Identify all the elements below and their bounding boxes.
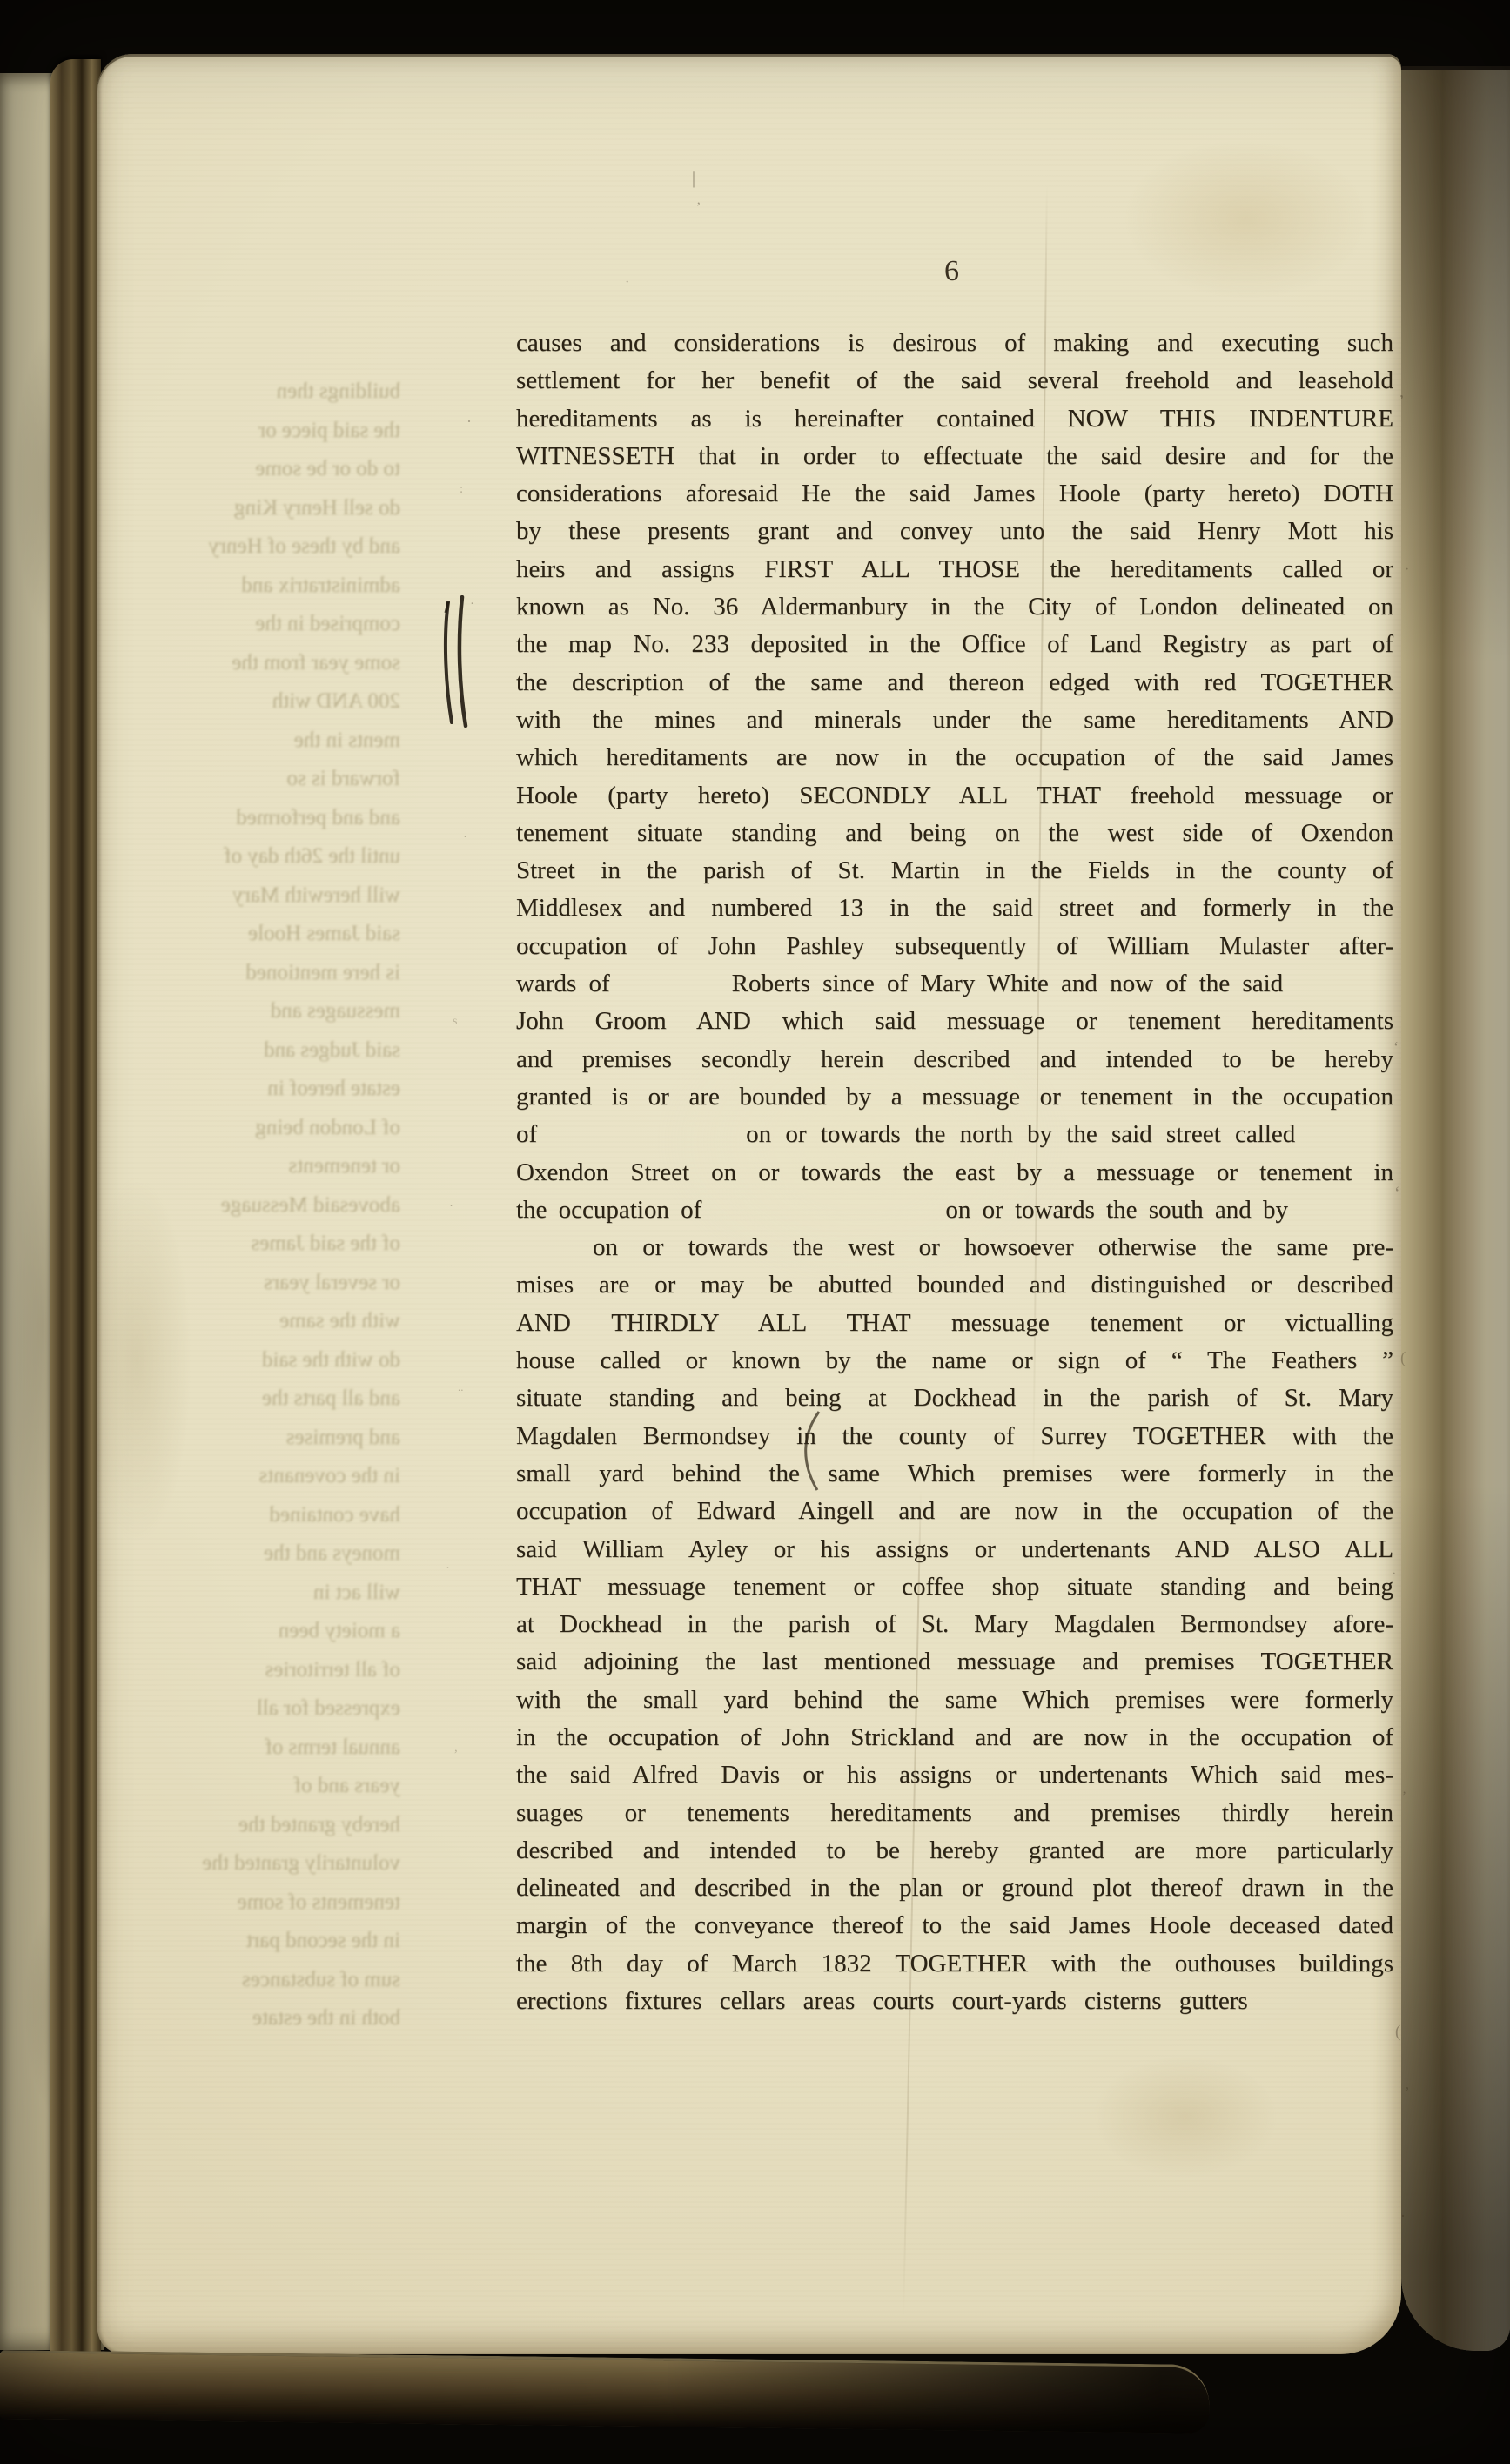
margin-pen-mark-icon (440, 595, 475, 731)
text-segment: occupation of Edward Aingell and are now… (516, 1497, 1393, 1525)
ghost-line: of the said James (178, 1225, 400, 1264)
text-segment: in the occupation of John Strickland and… (516, 1723, 1393, 1751)
text-line: hereditaments as is hereinafter containe… (516, 400, 1393, 438)
text-line: Hoole (party hereto) SECONDLY ALL THAT f… (516, 777, 1393, 815)
text-segment: described and intended to be hereby gran… (516, 1836, 1393, 1864)
ghost-line: years and of (178, 1767, 400, 1806)
ghost-line: and premises (178, 1419, 400, 1458)
text-line: considerations aforesaid He the said Jam… (516, 475, 1393, 513)
ink-speck: · (463, 830, 467, 845)
text-line: delineated and described in the plan or … (516, 1870, 1393, 1907)
ink-speck: ’ (1402, 1789, 1406, 1804)
ghost-line: the said piece or (178, 412, 400, 451)
ghost-line: messuages and (178, 992, 400, 1031)
ghost-line: both in the estate (178, 1999, 400, 2038)
text-line: said adjoining the last mentioned messua… (516, 1643, 1393, 1681)
text-line: the map No. 233 deposited in the Office … (516, 626, 1393, 663)
show-through-ghost-text: buildings thenthe said piece orto do or … (178, 373, 400, 2038)
ghost-line: and all parts the (178, 1380, 400, 1419)
text-segment: and premises secondly herein described a… (516, 1045, 1393, 1073)
text-segment: said adjoining the last mentioned messua… (516, 1648, 1393, 1675)
text-segment: with the small yard behind the same Whic… (516, 1686, 1393, 1714)
text-segment: the description of the same and thereon … (516, 668, 1393, 696)
ghost-line: do with the said (178, 1341, 400, 1380)
ghost-line: in the covenants (178, 1457, 400, 1496)
text-line: and premises secondly herein described a… (516, 1041, 1393, 1078)
text-line: suages or tenements hereditaments and pr… (516, 1795, 1393, 1832)
ghost-line: to do or be some (178, 450, 400, 489)
text-line: heirs and assigns FIRST ALL THOSE the he… (516, 551, 1393, 588)
text-line: situate standing and being at Dockhead i… (516, 1380, 1393, 1417)
text-segment: on or towards the north by the said stre… (746, 1120, 1295, 1148)
ghost-line: with the same (178, 1302, 400, 1341)
ghost-line: sum of substances (178, 1961, 400, 2000)
text-segment: with the mines and minerals under the sa… (516, 706, 1393, 734)
text-line: small yard behind the same Which premise… (516, 1455, 1393, 1493)
ink-speck: | (692, 169, 695, 189)
page-stack-edge (50, 59, 101, 2367)
text-segment: WITNESSETH that in order to effectuate t… (516, 442, 1393, 470)
text-segment: settlement for her benefit of the said s… (516, 366, 1393, 394)
text-line: erections fixtures cellars areas courts … (516, 1983, 1393, 2020)
text-segment: house called or known by the name or sig… (516, 1346, 1393, 1374)
text-segment: small yard behind the same Which premise… (516, 1460, 1393, 1487)
ghost-line: administratrix and (178, 567, 400, 606)
text-line: in the occupation of John Strickland and… (516, 1719, 1393, 1756)
text-segment: on or towards the south and by (945, 1196, 1288, 1224)
ink-speck: · (449, 1199, 453, 1214)
ghost-line: of London being (178, 1109, 400, 1148)
text-line: WITNESSETH that in order to effectuate t… (516, 438, 1393, 475)
text-line: THAT messuage tenement or coffee shop si… (516, 1568, 1393, 1606)
text-segment: Magdalen Bermondsey in the county of Sur… (516, 1422, 1393, 1450)
text-line: occupation of Edward Aingell and are now… (516, 1493, 1393, 1530)
ink-speck: s (453, 1015, 457, 1029)
ink-speck: ( (1395, 2023, 1400, 2042)
text-line: mises are or may be abutted bounded and … (516, 1266, 1393, 1304)
ghost-line: have contained (178, 1496, 400, 1535)
ink-speck: · (625, 275, 629, 291)
ghost-line: comprised in the (178, 605, 400, 644)
text-segment: heirs and assigns FIRST ALL THOSE the he… (516, 555, 1393, 583)
text-segment: situate standing and being at Dockhead i… (516, 1384, 1393, 1412)
ghost-line: expressed for all (178, 1689, 400, 1729)
text-segment: the occupation of (516, 1196, 701, 1224)
text-line: which hereditaments are now in the occup… (516, 739, 1393, 776)
text-line: described and intended to be hereby gran… (516, 1832, 1393, 1870)
ink-speck: · (1392, 1567, 1396, 1582)
ink-speck: ‘ (1393, 1038, 1399, 1057)
ghost-line: 200 AND with (178, 682, 400, 722)
text-segment: THAT messuage tenement or coffee shop si… (516, 1573, 1393, 1601)
ink-speck: , (454, 1741, 458, 1756)
text-segment: Hoole (party hereto) SECONDLY ALL THAT f… (516, 782, 1393, 809)
text-segment: occupation of John Pashley subsequently … (516, 932, 1393, 960)
text-line: the occupation ofon or towards the south… (516, 1192, 1393, 1229)
text-line: with the small yard behind the same Whic… (516, 1682, 1393, 1719)
ink-speck: ’ (696, 200, 701, 216)
ghost-line: annual terms of (178, 1729, 400, 1768)
text-segment: on or towards the west or howsoever othe… (593, 1233, 1393, 1261)
gutter-next-page (1401, 66, 1510, 2351)
text-line: said William Ayley or his assigns or und… (516, 1531, 1393, 1568)
ink-speck: : (460, 482, 463, 497)
text-line: known as No. 36 Aldermanbury in the City… (516, 588, 1393, 626)
text-segment: the 8th day of March 1832 TOGETHER with … (516, 1950, 1393, 1977)
blank-gap (701, 1214, 945, 1218)
text-segment: by these presents grant and convey unto … (516, 517, 1393, 545)
ghost-line: in the second part (178, 1922, 400, 1961)
ghost-line: abovesaid Messuage (178, 1186, 400, 1225)
text-line: wards ofRoberts since of Mary White and … (516, 965, 1393, 1003)
text-segment: the said Alfred Davis or his assigns or … (516, 1761, 1393, 1789)
ink-speck: · (466, 413, 472, 431)
ghost-line: said Judges and (178, 1031, 400, 1071)
ghost-line: or several years (178, 1264, 400, 1303)
text-segment: hereditaments as is hereinafter containe… (516, 405, 1393, 433)
text-segment: delineated and described in the plan or … (516, 1874, 1393, 1902)
text-line: John Groom AND which said messuage or te… (516, 1003, 1393, 1040)
ink-speck: · (1405, 562, 1409, 578)
text-segment: which hereditaments are now in the occup… (516, 743, 1393, 771)
text-line: settlement for her benefit of the said s… (516, 362, 1393, 399)
ink-speck: ‘ (1394, 1184, 1400, 1204)
ghost-line: estate hereof in (178, 1070, 400, 1109)
text-line: the 8th day of March 1832 TOGETHER with … (516, 1945, 1393, 1983)
text-line: ofon or towards the north by the said st… (516, 1116, 1393, 1153)
text-line: occupation of John Pashley subsequently … (516, 928, 1393, 965)
text-line: Middlesex and numbered 13 in the said st… (516, 890, 1393, 927)
text-line: causes and considerations is desirous of… (516, 325, 1393, 362)
text-segment: wards of (516, 970, 610, 997)
ghost-line: and by these of Henry (178, 527, 400, 567)
text-segment: erections fixtures cellars areas courts … (516, 1987, 1248, 2015)
ghost-line: hereby granted the (178, 1806, 400, 1845)
text-segment: mises are or may be abutted bounded and … (516, 1271, 1393, 1299)
ghost-line: moneys and the (178, 1534, 400, 1574)
ghost-line: is here mentioned (178, 954, 400, 993)
text-segment: Oxendon Street on or towards the east by… (516, 1158, 1393, 1186)
text-segment: Middlesex and numbered 13 in the said st… (516, 894, 1393, 922)
text-segment: at Dockhead in the parish of St. Mary Ma… (516, 1610, 1393, 1638)
ghost-line: of all territories (178, 1651, 400, 1690)
text-line: house called or known by the name or sig… (516, 1342, 1393, 1380)
text-line: margin of the conveyance thereof to the … (516, 1907, 1393, 1944)
text-line: on or towards the west or howsoever othe… (516, 1229, 1393, 1266)
blank-gap (537, 1138, 746, 1142)
text-segment: suages or tenements hereditaments and pr… (516, 1799, 1393, 1827)
text-line: granted is or are bounded by a messuage … (516, 1078, 1393, 1116)
ink-speck: .. (458, 1380, 464, 1394)
text-line: at Dockhead in the parish of St. Mary Ma… (516, 1606, 1393, 1643)
text-line: the description of the same and thereon … (516, 664, 1393, 702)
ghost-line: or tenements (178, 1147, 400, 1186)
paper-fold-mark-icon (795, 1410, 823, 1492)
ghost-line: until the 26th day of (178, 837, 400, 876)
ghost-line: do sell Henry King (178, 489, 400, 528)
text-segment: said William Ayley or his assigns or und… (516, 1535, 1393, 1563)
text-line: Magdalen Bermondsey in the county of Sur… (516, 1418, 1393, 1455)
text-segment: AND THIRDLY ALL THAT messuage tenement o… (516, 1309, 1393, 1337)
ghost-line: and and performed (178, 799, 400, 838)
ink-speck: ’ (1405, 2084, 1410, 2101)
book-bottom-edge (0, 2350, 1210, 2434)
ghost-line: will act in (178, 1574, 400, 1613)
text-line: Street in the parish of St. Martin in th… (516, 852, 1393, 890)
text-line: tenement situate standing and being on t… (516, 815, 1393, 852)
text-segment: Roberts since of Mary White and now of t… (732, 970, 1283, 997)
text-line: Oxendon Street on or towards the east by… (516, 1154, 1393, 1192)
text-segment: known as No. 36 Aldermanbury in the City… (516, 593, 1393, 621)
text-line: by these presents grant and convey unto … (516, 513, 1393, 550)
page-number: 6 (921, 255, 983, 288)
ghost-line: a moiety been (178, 1612, 400, 1651)
text-segment: margin of the conveyance thereof to the … (516, 1911, 1393, 1939)
ghost-line: said James Hoole (178, 915, 400, 954)
text-segment: considerations aforesaid He the said Jam… (516, 480, 1393, 507)
text-line: AND THIRDLY ALL THAT messuage tenement o… (516, 1305, 1393, 1342)
text-segment: John Groom AND which said messuage or te… (516, 1007, 1393, 1035)
ghost-line: tenements of some (178, 1883, 400, 1923)
text-segment: granted is or are bounded by a messuage … (516, 1083, 1393, 1111)
ink-speck: · (446, 1561, 450, 1576)
ghost-line: buildings then (178, 373, 400, 412)
ghost-line: will herewith Mary (178, 876, 400, 916)
ink-speck: ’ (1399, 392, 1405, 412)
ghost-line: forward is so (178, 760, 400, 799)
blank-gap (516, 1252, 593, 1255)
blank-gap (610, 988, 732, 991)
deed-text-block: causes and considerations is desirous of… (516, 325, 1393, 2020)
text-segment: the map No. 233 deposited in the Office … (516, 630, 1393, 658)
text-segment: tenement situate standing and being on t… (516, 819, 1393, 847)
text-line: the said Alfred Davis or his assigns or … (516, 1756, 1393, 1794)
ink-speck: ( (1400, 1349, 1406, 1368)
text-segment: of (516, 1120, 537, 1148)
ghost-line: ments in the (178, 722, 400, 761)
ink-speck: · (1400, 2207, 1406, 2226)
ghost-line: voluntarily granted the (178, 1844, 400, 1883)
text-line: with the mines and minerals under the sa… (516, 702, 1393, 739)
book-scan-photo: 6 buildings thenthe said piece orto do o… (0, 0, 1510, 2464)
text-segment: causes and considerations is desirous of… (516, 329, 1393, 357)
ghost-line: some year from the (178, 644, 400, 683)
text-segment: Street in the parish of St. Martin in th… (516, 856, 1393, 884)
